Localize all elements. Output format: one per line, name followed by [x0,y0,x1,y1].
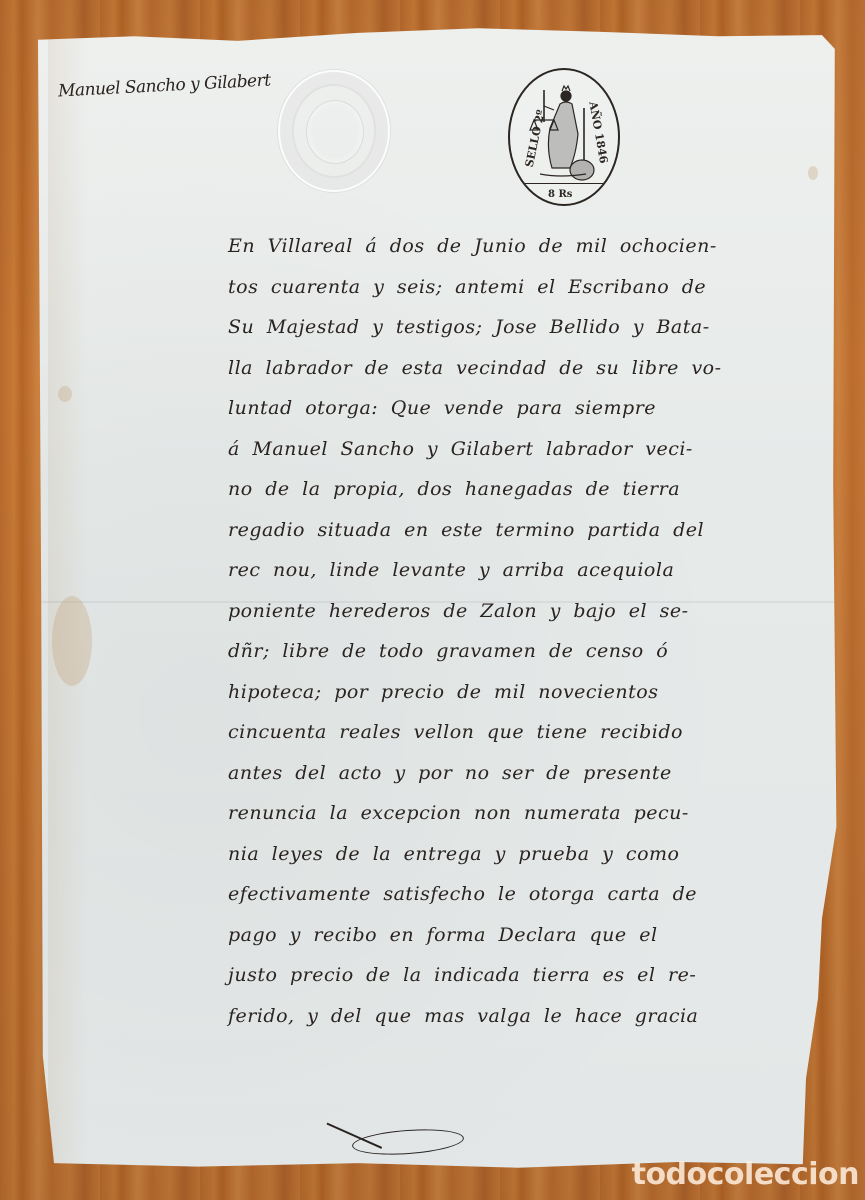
water-stain [52,596,92,686]
manuscript-line: luntad otorga: Que vende para siempre [228,388,798,429]
document-sheet: Manuel Sancho y Gilabert SELLO 2º AÑO 18… [38,26,838,1170]
tax-stamp: SELLO 2º AÑO 1846 8 Rs [508,68,620,206]
manuscript-line: dñr; libre de todo gravamen de censo ó [228,631,798,672]
seal-crest-icon [306,100,364,164]
stamp-value-text: 8 Rs [548,189,572,200]
embossed-seal-icon [278,70,390,192]
manuscript-line: pago y recibo en forma Declara que el [228,915,798,956]
manuscript-line: renuncia la excepcion non numerata pecu- [228,793,798,834]
manuscript-line: no de la propia, dos hanegadas de tierra [228,469,798,510]
manuscript-line: nia leyes de la entrega y prueba y como [228,834,798,875]
header-signature: Manuel Sancho y Gilabert [58,70,271,101]
manuscript-line: regadio situada en este termino partida … [228,510,798,551]
manuscript-line: rec nou, linde levante y arriba acequiol… [228,550,798,591]
manuscript-line: ferido, y del que mas valga le hace grac… [228,996,798,1037]
manuscript-line: efectivamente satisfecho le otorga carta… [228,874,798,915]
manuscript-line: á Manuel Sancho y Gilabert labrador veci… [228,429,798,470]
manuscript-line: lla labrador de esta vecindad de su libr… [228,348,798,389]
manuscript-line: Su Majestad y testigos; Jose Bellido y B… [228,307,798,348]
manuscript-line: hipoteca; por precio de mil novecientos [228,672,798,713]
watermark: todocoleccion [632,1157,859,1192]
manuscript-line: poniente herederos de Zalon y bajo el se… [228,591,798,632]
manuscript-line: antes del acto y por no ser de presente [228,753,798,794]
foxing-spot [58,386,72,402]
manuscript-line: cincuenta reales vellon que tiene recibi… [228,712,798,753]
stamp-baseline [524,183,604,184]
manuscript-line: En Villareal á dos de Junio de mil ochoc… [228,226,798,267]
manuscript-line: justo precio de la indicada tierra es el… [228,955,798,996]
foxing-spot [808,166,818,180]
manuscript-body: En Villareal á dos de Junio de mil ochoc… [228,226,798,1036]
manuscript-line: tos cuarenta y seis; antemi el Escribano… [228,267,798,308]
